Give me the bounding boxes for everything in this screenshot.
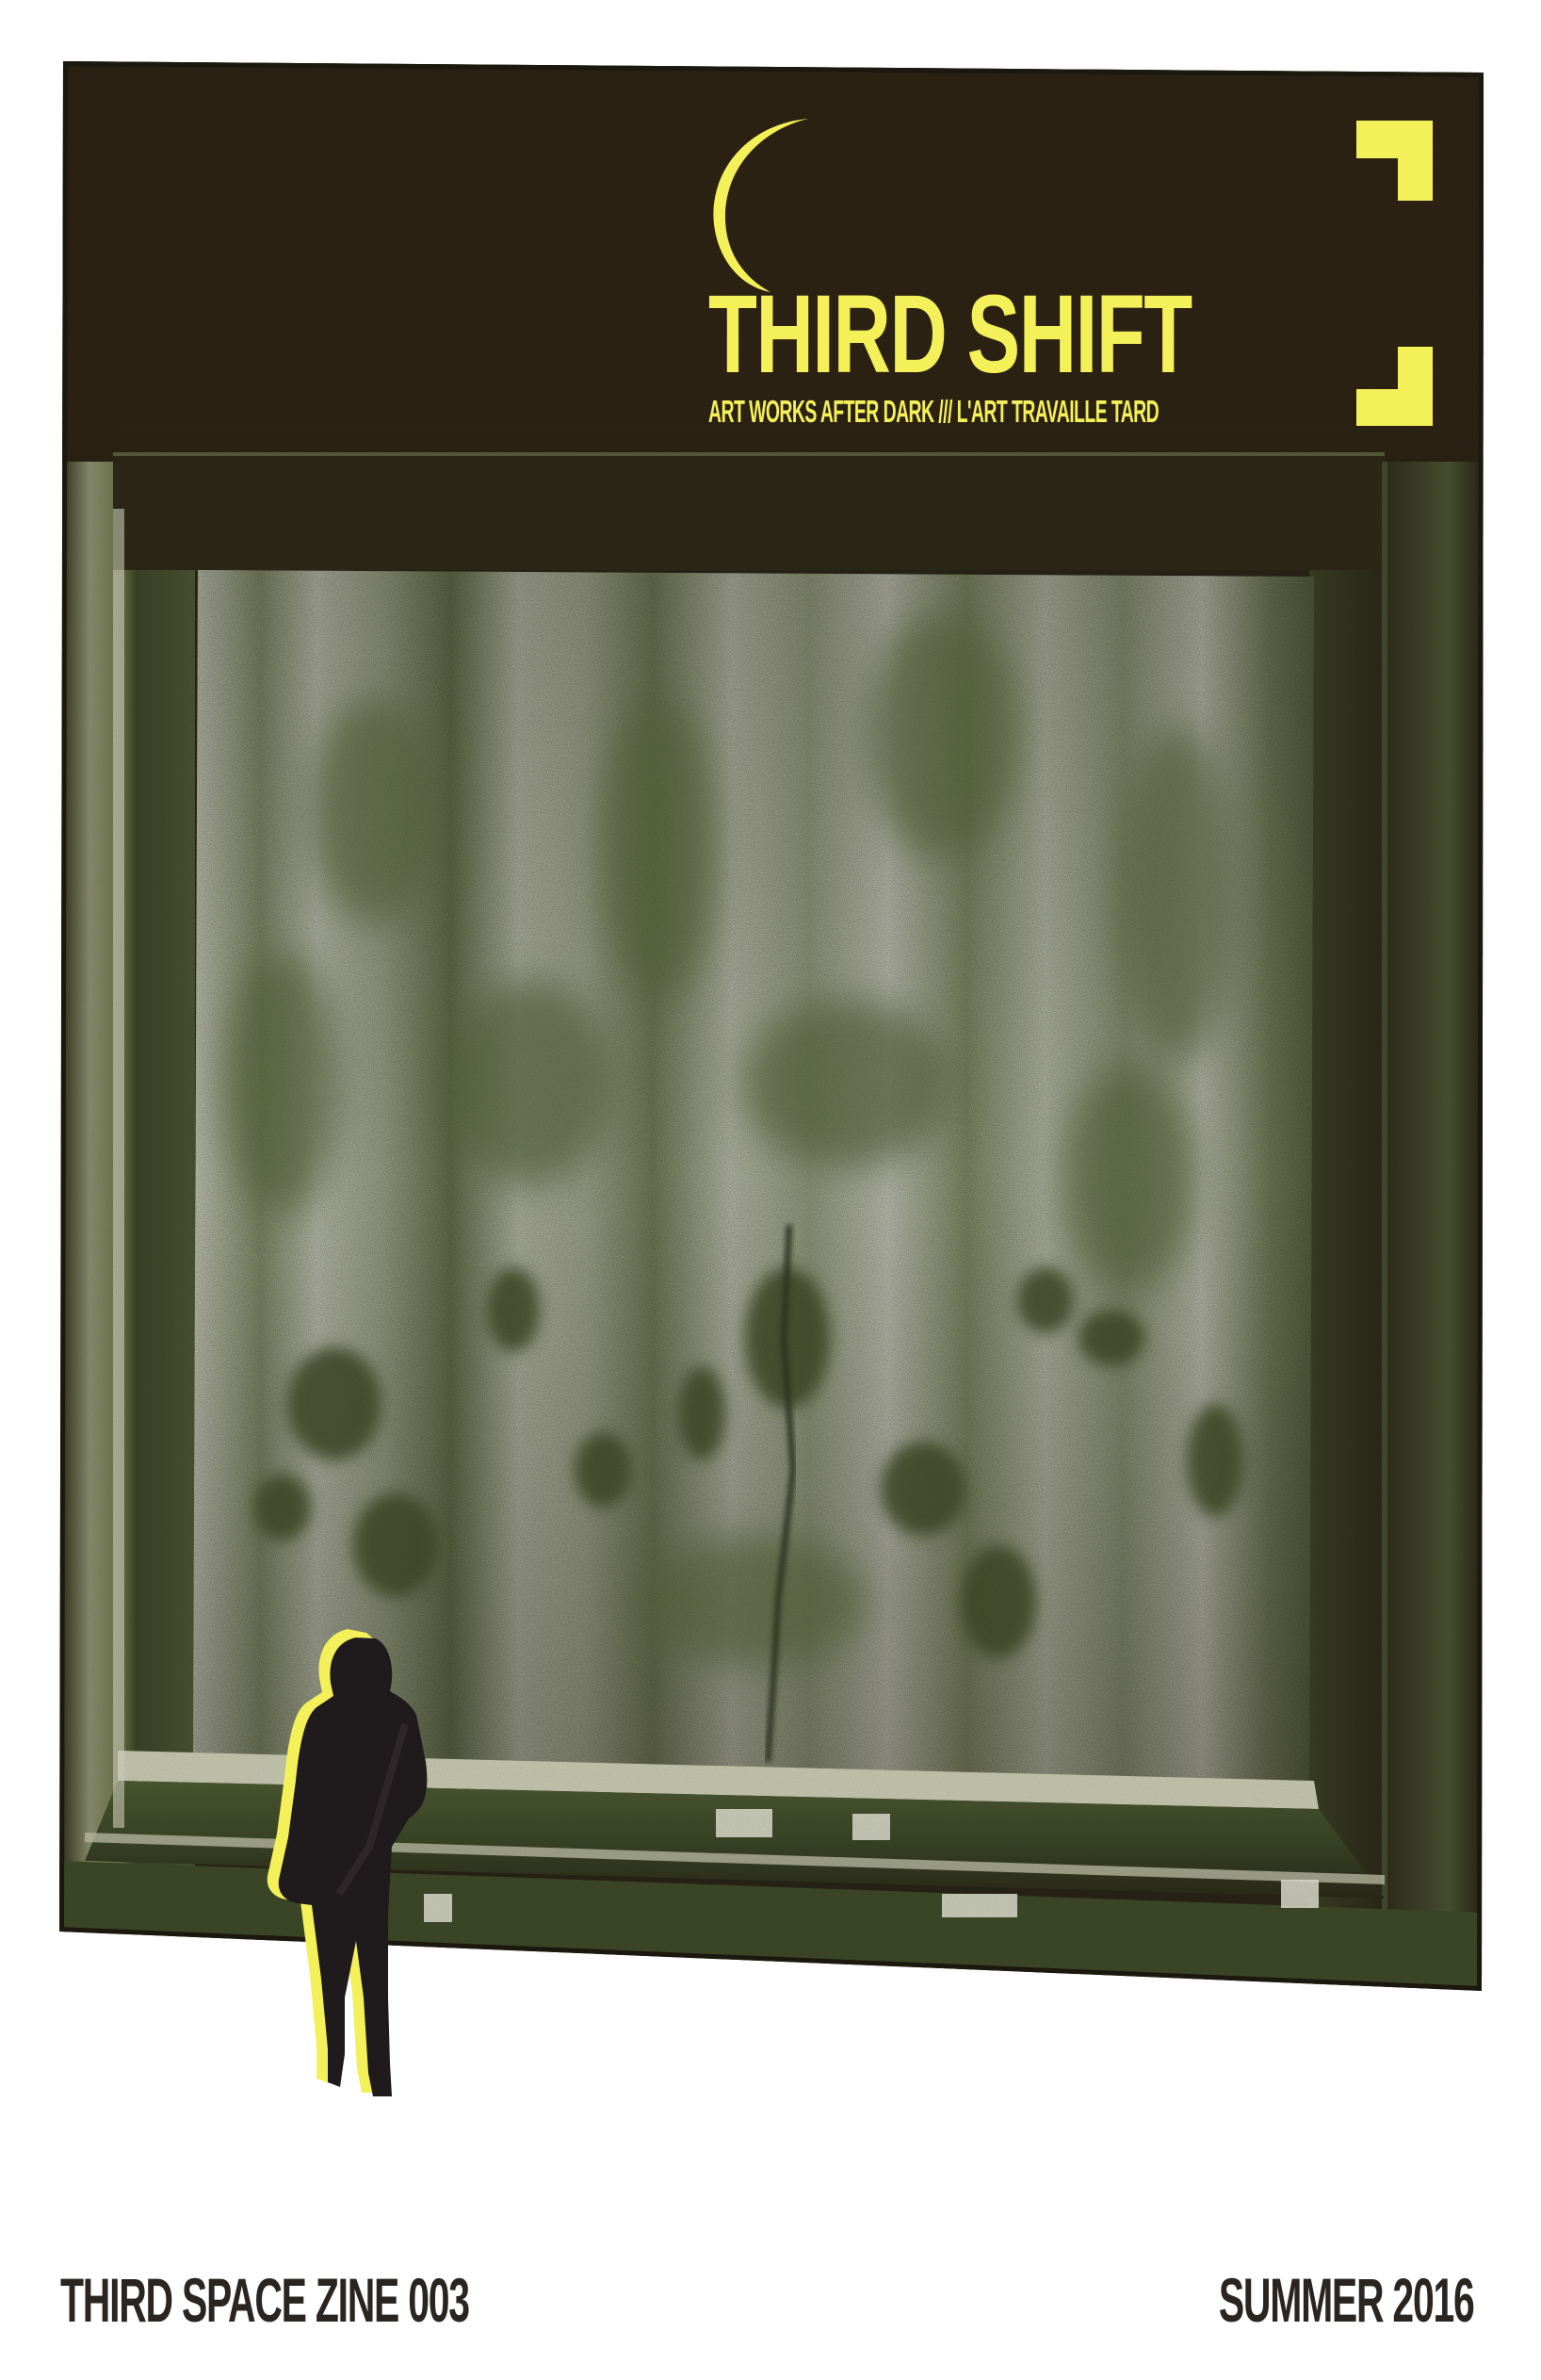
season-label: SUMMER 2016 [1218,2267,1473,2333]
magazine-title: THIRD SHIFT [708,273,1095,396]
issue-label: THIRD SPACE ZINE 003 [60,2267,469,2333]
magazine-tagline: ART WORKS AFTER DARK /// L'ART TRAVAILLE… [708,396,1159,428]
